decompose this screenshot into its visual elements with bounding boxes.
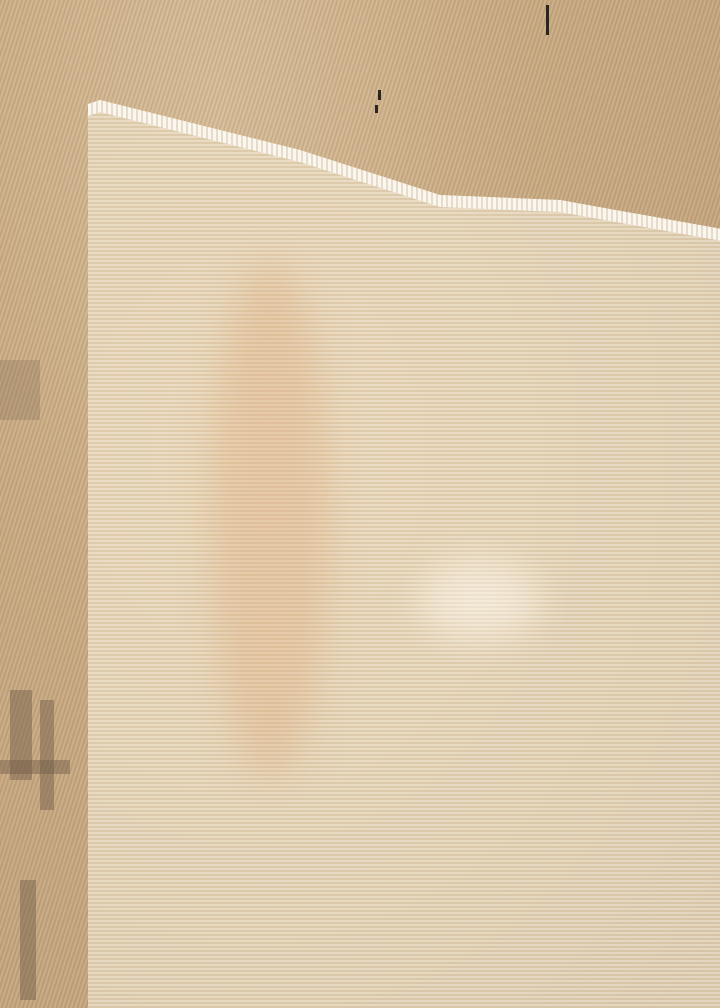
rug-motif bbox=[40, 700, 54, 810]
rug-photo bbox=[0, 0, 720, 1008]
dark-thread bbox=[375, 105, 378, 113]
rug-motif bbox=[0, 360, 40, 420]
rug-stain bbox=[210, 260, 330, 780]
rug-motif bbox=[20, 880, 36, 1000]
dark-thread bbox=[378, 90, 381, 100]
rug-motif bbox=[0, 760, 70, 774]
rug-stain bbox=[420, 560, 540, 640]
dark-thread bbox=[546, 5, 549, 35]
